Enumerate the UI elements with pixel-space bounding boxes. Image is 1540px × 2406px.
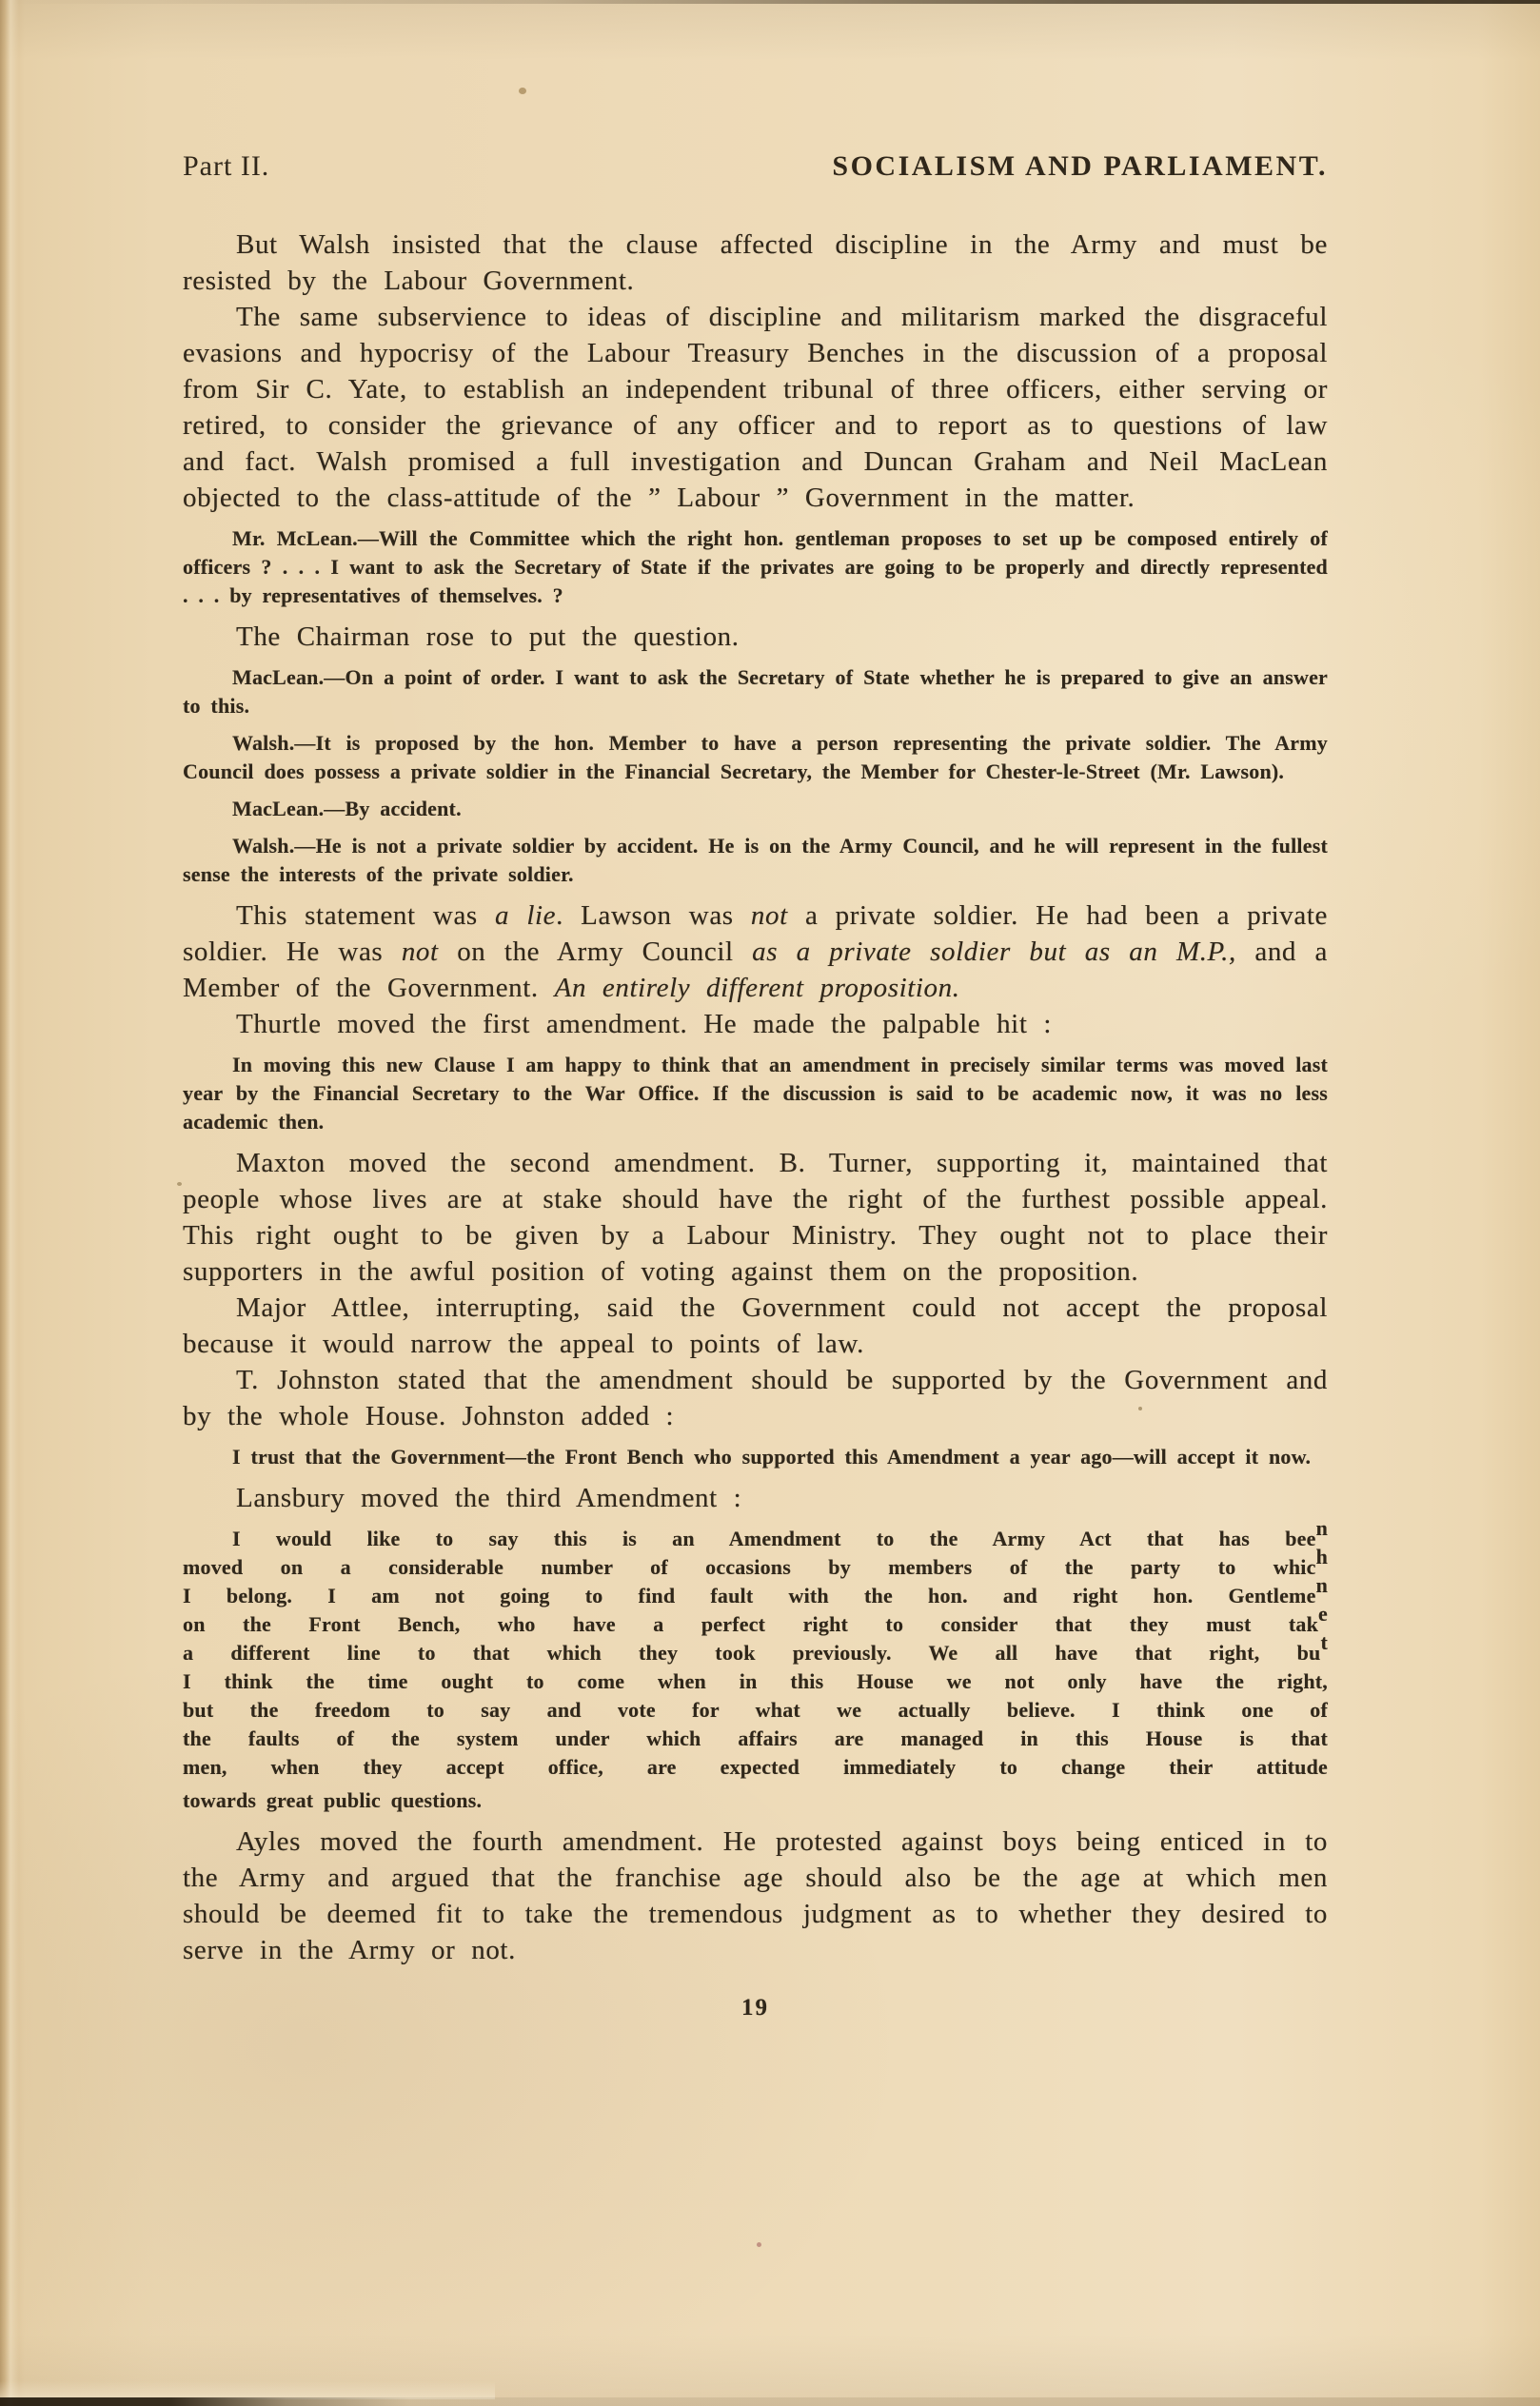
paragraph: Lansbury moved the third Amendment : (183, 1480, 1328, 1516)
block-quote: I trust that the Government—the Front Be… (183, 1443, 1328, 1471)
page-number: 19 (183, 1995, 1328, 2021)
running-head: Part II. SOCIALISM AND PARLIAMENT. (183, 150, 1328, 183)
block-quote: towards great public questions. (183, 1786, 1328, 1815)
page-content: Part II. SOCIALISM AND PARLIAMENT. But W… (183, 150, 1328, 2021)
scan-edge-bottom (0, 2397, 1540, 2406)
paragraph: Thurtle moved the first amendment. He ma… (183, 1006, 1328, 1042)
paragraph: The same subservience to ideas of discip… (183, 299, 1328, 516)
paragraph: The Chairman rose to put the question. (183, 619, 1328, 655)
paper-speck (519, 88, 526, 94)
page-edge-left (0, 0, 19, 2406)
book-page: Part II. SOCIALISM AND PARLIAMENT. But W… (0, 0, 1540, 2406)
paragraph: Ayles moved the fourth amendment. He pro… (183, 1824, 1328, 1968)
block-quote: Walsh.—He is not a private soldier by ac… (183, 832, 1328, 889)
block-quote: I would like to say this is an Amendment… (183, 1525, 1328, 1782)
block-quote: MacLean.—By accident. (183, 795, 1328, 823)
block-quote: In moving this new Clause I am happy to … (183, 1051, 1328, 1136)
page-body: But Walsh insisted that the clause affec… (183, 227, 1328, 1968)
paragraph: Maxton moved the second amendment. B. Tu… (183, 1145, 1328, 1290)
paragraph: T. Johnston stated that the amendment sh… (183, 1362, 1328, 1434)
block-quote: MacLean.—On a point of order. I want to … (183, 663, 1328, 720)
paper-speck (177, 1182, 182, 1186)
part-label: Part II. (183, 150, 269, 183)
block-quote: Mr. McLean.—Will the Committee which the… (183, 524, 1328, 610)
page-corner-curl (0, 2376, 495, 2399)
paper-speck (757, 2242, 761, 2247)
paragraph: This statement was a lie. Lawson was not… (183, 897, 1328, 1006)
paragraph: Major Attlee, interrupting, said the Gov… (183, 1290, 1328, 1362)
chapter-title: SOCIALISM AND PARLIAMENT. (832, 150, 1328, 183)
block-quote: Walsh.—It is proposed by the hon. Member… (183, 729, 1328, 786)
scan-edge-top (0, 0, 1540, 4)
paragraph: But Walsh insisted that the clause affec… (183, 227, 1328, 299)
